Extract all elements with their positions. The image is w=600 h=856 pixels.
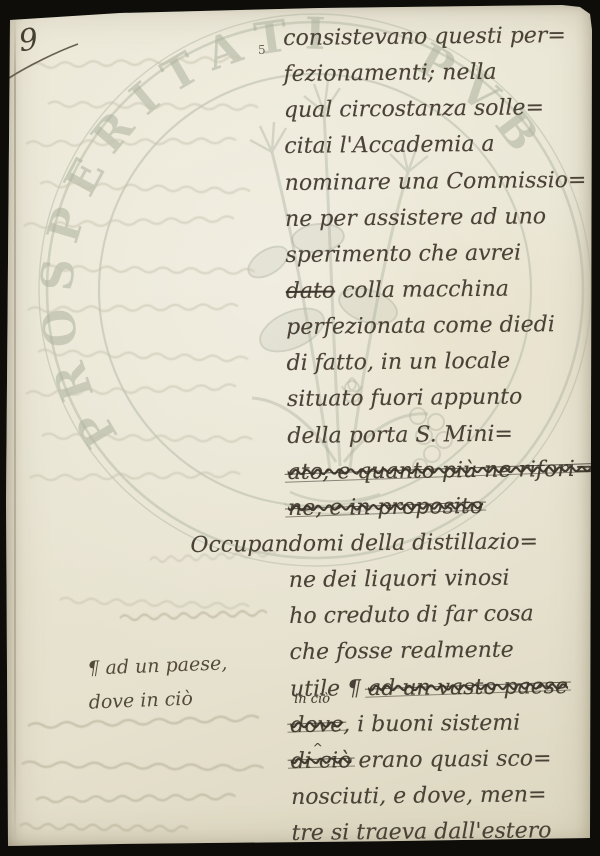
handwritten-text: nominare una Commissio= <box>285 167 587 195</box>
handwritten-text: situato fuori appunto <box>287 385 523 412</box>
handwritten-text: ho creduto di far cosa <box>289 602 534 630</box>
manuscript-line: perfezionata come diedi <box>286 307 592 346</box>
struck-text: dovein ciò^ <box>290 707 343 744</box>
printed-page-number: 5 <box>258 43 266 57</box>
manuscript-paper: PROSPERITATI PVB <box>0 0 600 856</box>
handwritten-text: che fosse realmente <box>289 638 513 665</box>
manuscript-line: consistevano questi per= <box>283 18 589 57</box>
handwritten-text: colla macchina <box>335 277 509 304</box>
manuscript-line: situato fuori appunto <box>287 379 593 418</box>
handwritten-text: di fatto, in un locale <box>286 349 510 376</box>
struck-text: di ciò <box>291 743 352 780</box>
struck-text: ne, e in proposito <box>288 489 483 527</box>
manuscript-line: di ciò erano quasi sco= <box>291 741 597 780</box>
manuscript-line: citai l'Accademia a <box>284 126 590 165</box>
manuscript-line: della porta S. Mini= <box>287 415 593 454</box>
handwritten-text: perfezionata come diedi <box>286 312 555 340</box>
scanned-manuscript-page: { "page": { "folio_number": "9", "printe… <box>0 0 600 856</box>
manuscript-line: nominare una Commissio= <box>285 162 591 201</box>
manuscript-line: utile ¶ ad un vasto paese <box>290 668 596 707</box>
handwritten-text: della porta S. Mini= <box>287 421 513 448</box>
handwritten-text: nosciuti, e dove, men= <box>291 782 547 810</box>
handwritten-text: fezionamenti; nella <box>283 60 496 87</box>
manuscript-line: fezionamenti; nella <box>283 54 589 93</box>
struck-text: ato; e quanto più ne rifori= <box>288 451 594 490</box>
handwritten-text: Occupandomi della distillazio= <box>190 529 538 558</box>
handwritten-text: erano quasi sco= <box>351 746 551 773</box>
handwritten-text: consistevano questi per= <box>283 23 566 51</box>
manuscript-text-column: consistevano questi per=fezionamenti; ne… <box>283 18 598 852</box>
manuscript-line: dato colla macchina <box>286 271 592 310</box>
handwritten-text: , i buoni sistemi <box>343 710 520 737</box>
manuscript-line: dovein ciò^, i buoni sistemi <box>290 704 596 743</box>
handwritten-text: citai l'Accademia a <box>284 132 495 159</box>
struck-text: ad un vasto paese <box>368 669 568 707</box>
handwritten-text: sperimento che avrei <box>285 240 521 267</box>
manuscript-line: qual circostanza solle= <box>284 90 590 129</box>
handwritten-text: tre si traeva dall'estero <box>291 818 551 846</box>
manuscript-line: sperimento che avrei <box>285 235 591 274</box>
manuscript-line: che fosse realmente <box>289 632 595 671</box>
paper-crease <box>14 14 16 844</box>
manuscript-line: ne dei liquori vinosi <box>289 560 595 599</box>
folio-number: 9 <box>17 25 40 57</box>
handwritten-text: ne dei liquori vinosi <box>289 566 510 593</box>
manuscript-line: nosciuti, e dove, men= <box>291 777 597 816</box>
manuscript-line: ne, e in proposito <box>288 488 594 527</box>
manuscript-line: ho creduto di far cosa <box>289 596 595 635</box>
margin-note: ¶ ad un paese, dove in ciò <box>87 644 279 719</box>
manuscript-line: ne per assistere ad uno <box>285 198 591 237</box>
manuscript-line: Occupandomi della distillazio= <box>190 524 594 564</box>
struck-text: dato <box>286 278 336 304</box>
handwritten-text: qual circostanza solle= <box>284 96 544 124</box>
manuscript-line: ato; e quanto più ne rifori= <box>288 451 594 490</box>
margin-note-line: dove in ciò <box>88 678 279 719</box>
handwritten-text: ne per assistere ad uno <box>285 204 546 232</box>
manuscript-line: di fatto, in un locale <box>286 343 592 382</box>
manuscript-line: tre si traeva dall'estero <box>291 813 597 852</box>
interlinear-insertion: in ciò <box>294 692 330 705</box>
